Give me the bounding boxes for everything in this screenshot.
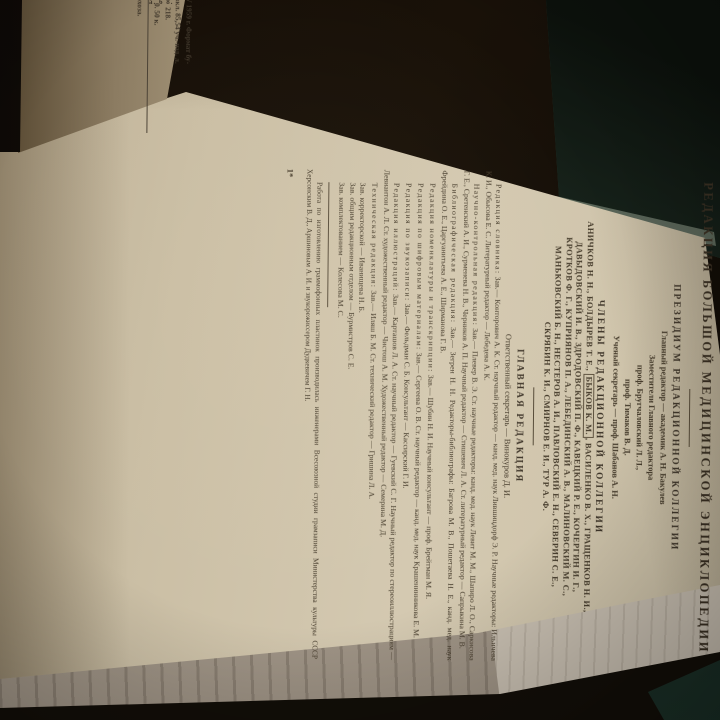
colophon-line: вкл. 85,54 уч.-изд. л. xyxy=(171,0,183,147)
editorial-paragraph: Редакция словника: Зав.— Конторович А. К… xyxy=(478,171,504,661)
colophon-line: 218. xyxy=(161,7,173,147)
members-names: АНИЧКОВ Н. Н., БОЛДЫРЕВ Т. Е., xyxy=(584,221,595,373)
paragraph-text: Зав.— Фельдман С. Б. Консультант — Касси… xyxy=(401,302,412,489)
paragraph-text: Зав.— Иляш Б. М. Ст. технический редакто… xyxy=(367,288,378,499)
presidium-section: ПРЕЗИДИУМ РЕДАКЦИОННОЙ КОЛЛЕГИИ Главный … xyxy=(608,172,683,663)
book-photo-scene: РЕДАКЦИЯ БОЛЬШОЙ МЕДИЦИНСКОЙ ЭНЦИКЛОПЕДИ… xyxy=(0,0,720,720)
editorial-section: ГЛАВНАЯ РЕДАКЦИЯ Ответственный секретарь… xyxy=(364,170,527,662)
paragraph-lead: Редакция по шифровым материалам: xyxy=(415,183,426,350)
footnote-divider xyxy=(327,182,329,307)
section-divider xyxy=(689,389,691,447)
members-section: ЧЛЕНЫ РЕДАКЦИОННОЙ КОЛЛЕГИИ АНИЧКОВ Н. Н… xyxy=(539,171,607,662)
members-names: , ВАСИЛЕНКО В. Х., ГРАЩЕНКОВ Н. И., xyxy=(582,438,593,613)
editorial-paragraph: Редакция иллюстраций: Зав.— Карташов Л. … xyxy=(376,170,402,660)
paragraph-lead: Редакция иллюстраций: xyxy=(392,183,402,292)
section-divider xyxy=(533,387,535,445)
paragraph-lead: Научно-контрольная редакция: xyxy=(471,184,481,326)
paragraph-lead: Редакция словника: xyxy=(494,184,504,275)
paragraph-lead: Редакция по звукозаписи: xyxy=(403,183,413,302)
presidium-heading: ПРЕЗИДИУМ РЕДАКЦИОННОЙ КОЛЛЕГИИ xyxy=(668,173,683,663)
paragraph-lead: Библиографическая редакция: xyxy=(449,183,459,323)
paragraph-lead: Техническая редакция: xyxy=(369,183,379,289)
boxed-member-name: БЫКОВ К. М. xyxy=(583,373,595,438)
editorial-paragraph: Библиографическая редакция: Зав.— Зегрен… xyxy=(434,170,460,660)
colophon-divider xyxy=(146,0,148,133)
colophon-line: 0. 50 к. xyxy=(150,3,162,147)
editorial-paragraph: Научно-контрольная редакция: Зав.— Плеве… xyxy=(456,171,482,661)
page-number-mark: 1* xyxy=(281,169,296,659)
colophon-line: V 1959 г. Формат бу- xyxy=(182,0,194,147)
page-text-block: РЕДАКЦИЯ БОЛЬШОЙ МЕДИЦИНСКОЙ ЭНЦИКЛОПЕДИ… xyxy=(92,152,717,678)
colophon-line: рхоза. xyxy=(133,0,145,147)
footnote-text: Работа по изготовлению граммофонных плас… xyxy=(300,169,325,659)
paragraph-lead: Редакция номенклатуры и транскрипции: xyxy=(426,183,437,373)
admin-lines: Зав. корректорской — Иванищева Н. Б. Зав… xyxy=(333,169,368,659)
editorial-heading: ГЛАВНАЯ РЕДАКЦИЯ xyxy=(512,171,527,661)
page-edge-fragment: а. 6 8. xyxy=(149,0,174,6)
facing-page-colophon: V 1959 г. Формат бу- вкл. 85,54 уч.-изд.… xyxy=(102,0,194,147)
page-header: РЕДАКЦИЯ БОЛЬШОЙ МЕДИЦИНСКОЙ ЭНЦИКЛОПЕДИ… xyxy=(695,173,715,663)
paragraph-text: Зав.— Шубин Н. И. Научный консультант — … xyxy=(424,373,435,599)
